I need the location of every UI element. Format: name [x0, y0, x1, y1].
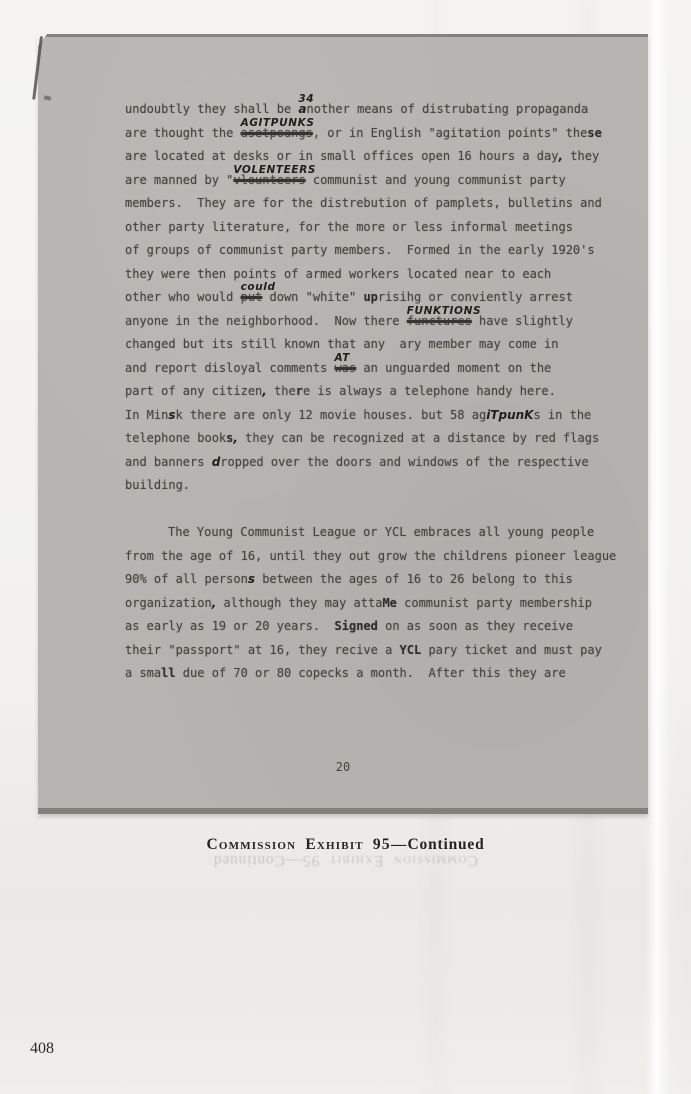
- typed-text: ropped over the doors and windows of the…: [220, 455, 588, 469]
- typed-text: In Min: [125, 408, 168, 422]
- typed-text: part of any citizen: [125, 384, 262, 398]
- typed-text: their "passport" at 16, they recive a: [125, 643, 400, 657]
- typed-text: between the ages of 16 to 26 belong to t…: [255, 572, 573, 586]
- handwritten-correction: s: [168, 408, 175, 422]
- typed-text: are located at desks or in small offices…: [125, 149, 558, 163]
- typed-text: 90% of all person: [125, 572, 248, 586]
- handwritten-correction: s: [248, 572, 255, 586]
- typed-text: other who would: [125, 290, 241, 304]
- typed-text: although they may atta: [216, 596, 382, 610]
- typed-line: of groups of communist party members. Fo…: [125, 239, 635, 263]
- exhibit-caption-ghost-title: Commission Exhibit 95—: [285, 852, 478, 869]
- typed-text: and report disloyal comments: [125, 361, 335, 375]
- typed-text: of groups of communist party members. Fo…: [125, 243, 595, 257]
- typed-line: undoubtly they shall be 34another means …: [125, 98, 635, 122]
- typed-text: they: [563, 149, 599, 163]
- typed-text: the: [267, 384, 296, 398]
- typed-line: other party literature, for the more or …: [125, 216, 635, 240]
- typed-text: communist and young communist party: [306, 173, 566, 187]
- blank-line: [125, 498, 635, 522]
- overtyped-text: r: [296, 384, 303, 398]
- overtyped-text: YCL: [400, 643, 422, 657]
- typed-line: part of any citizen, there is always a t…: [125, 380, 635, 404]
- typed-text: they can be recognized at a distance by …: [238, 431, 599, 445]
- typed-line: and report disloyal comments ATwas an un…: [125, 357, 635, 381]
- typed-line: are manned by "VOLENTEERSvlounteers comm…: [125, 169, 635, 193]
- typed-text-body: undoubtly they shall be 34another means …: [125, 98, 635, 686]
- typed-text: as early as 19 or 20 years.: [125, 619, 335, 633]
- typed-text: communist party membership: [397, 596, 592, 610]
- overtyped-text: up: [363, 290, 377, 304]
- typed-text: e is always a telephone handy here.: [303, 384, 556, 398]
- typed-text: undoubtly they shall be: [125, 102, 298, 116]
- typed-text: are manned by ": [125, 173, 233, 187]
- typed-text: are thought the: [125, 126, 241, 140]
- typed-line: In Minsk there are only 12 movie houses.…: [125, 404, 635, 428]
- typed-text: anyone in the neighborhood. Now there: [125, 314, 407, 328]
- typed-text: building.: [125, 478, 190, 492]
- typed-line: anyone in the neighborhood. Now there FU…: [125, 310, 635, 334]
- typed-text: due of 70 or 80 copecks a month. After t…: [176, 666, 566, 680]
- typed-text: changed but its still known that any ary…: [125, 337, 558, 351]
- typed-line: they were then points of armed workers l…: [125, 263, 635, 287]
- typed-text: have slightly: [472, 314, 573, 328]
- typed-line: their "passport" at 16, they recive a YC…: [125, 639, 635, 663]
- page-crease-tick: [44, 95, 52, 101]
- handwritten-correction: d: [212, 455, 221, 469]
- typed-line: are located at desks or in small offices…: [125, 145, 635, 169]
- exhibit-caption-ghost-suffix: Continued: [213, 852, 285, 869]
- typed-text: and banners: [125, 455, 212, 469]
- typed-text: risihg or conviently arrest: [378, 290, 573, 304]
- overtyped-text: Me: [382, 596, 396, 610]
- typed-line: a small due of 70 or 80 copecks a month.…: [125, 662, 635, 686]
- typed-line: from the age of 16, until they out grow …: [125, 545, 635, 569]
- scanned-document-photo: undoubtly they shall be 34another means …: [0, 0, 691, 1094]
- exhibit-caption-ghost: Commission Exhibit 95—Continued: [0, 851, 691, 869]
- document-page: undoubtly they shall be 34another means …: [38, 34, 648, 814]
- typed-text: organization: [125, 596, 212, 610]
- typed-text: , or in English "agitation points" the: [313, 126, 588, 140]
- typed-text: an unguarded moment on the: [356, 361, 551, 375]
- typed-line: as early as 19 or 20 years. Signed on as…: [125, 615, 635, 639]
- typed-text: s in the: [533, 408, 591, 422]
- typed-text: members. They are for the distrebution o…: [125, 196, 602, 210]
- overtyped-text: se: [587, 126, 601, 140]
- book-page-number: 408: [30, 1040, 54, 1058]
- typed-text: telephone book: [125, 431, 226, 445]
- handwritten-correction: iTpunK: [486, 408, 533, 422]
- typed-line: and banners dropped over the doors and w…: [125, 451, 635, 475]
- typed-line: building.: [125, 474, 635, 498]
- typed-line: telephone books, they can be recognized …: [125, 427, 635, 451]
- typed-text: down "white": [262, 290, 363, 304]
- typed-line: 90% of all persons between the ages of 1…: [125, 568, 635, 592]
- typed-line: organization, although they may attaMe c…: [125, 592, 635, 616]
- typed-text: pary ticket and must pay: [421, 643, 602, 657]
- overtyped-text: ll: [161, 666, 175, 680]
- typed-line: are thought the AGITPUNKSasetpoangs, or …: [125, 122, 635, 146]
- typed-text: they were then points of armed workers l…: [125, 267, 551, 281]
- typed-line: members. They are for the distrebution o…: [125, 192, 635, 216]
- typed-page-number: 20: [38, 760, 648, 774]
- overtyped-text: Signed: [335, 619, 378, 633]
- typed-text: a sma: [125, 666, 161, 680]
- typed-text: other party literature, for the more or …: [125, 220, 573, 234]
- typed-text: from the age of 16, until they out grow …: [125, 549, 616, 563]
- typed-line: other who would couldput down "white" up…: [125, 286, 635, 310]
- typed-text: k there are only 12 movie houses. but 58…: [176, 408, 487, 422]
- typed-line: The Young Communist League or YCL embrac…: [125, 521, 635, 545]
- typed-text: on as soon as they receive: [378, 619, 573, 633]
- typed-text: The Young Communist League or YCL embrac…: [168, 525, 594, 539]
- typed-line: changed but its still known that any ary…: [125, 333, 635, 357]
- typed-text: nother means of distrubating propaganda: [307, 102, 589, 116]
